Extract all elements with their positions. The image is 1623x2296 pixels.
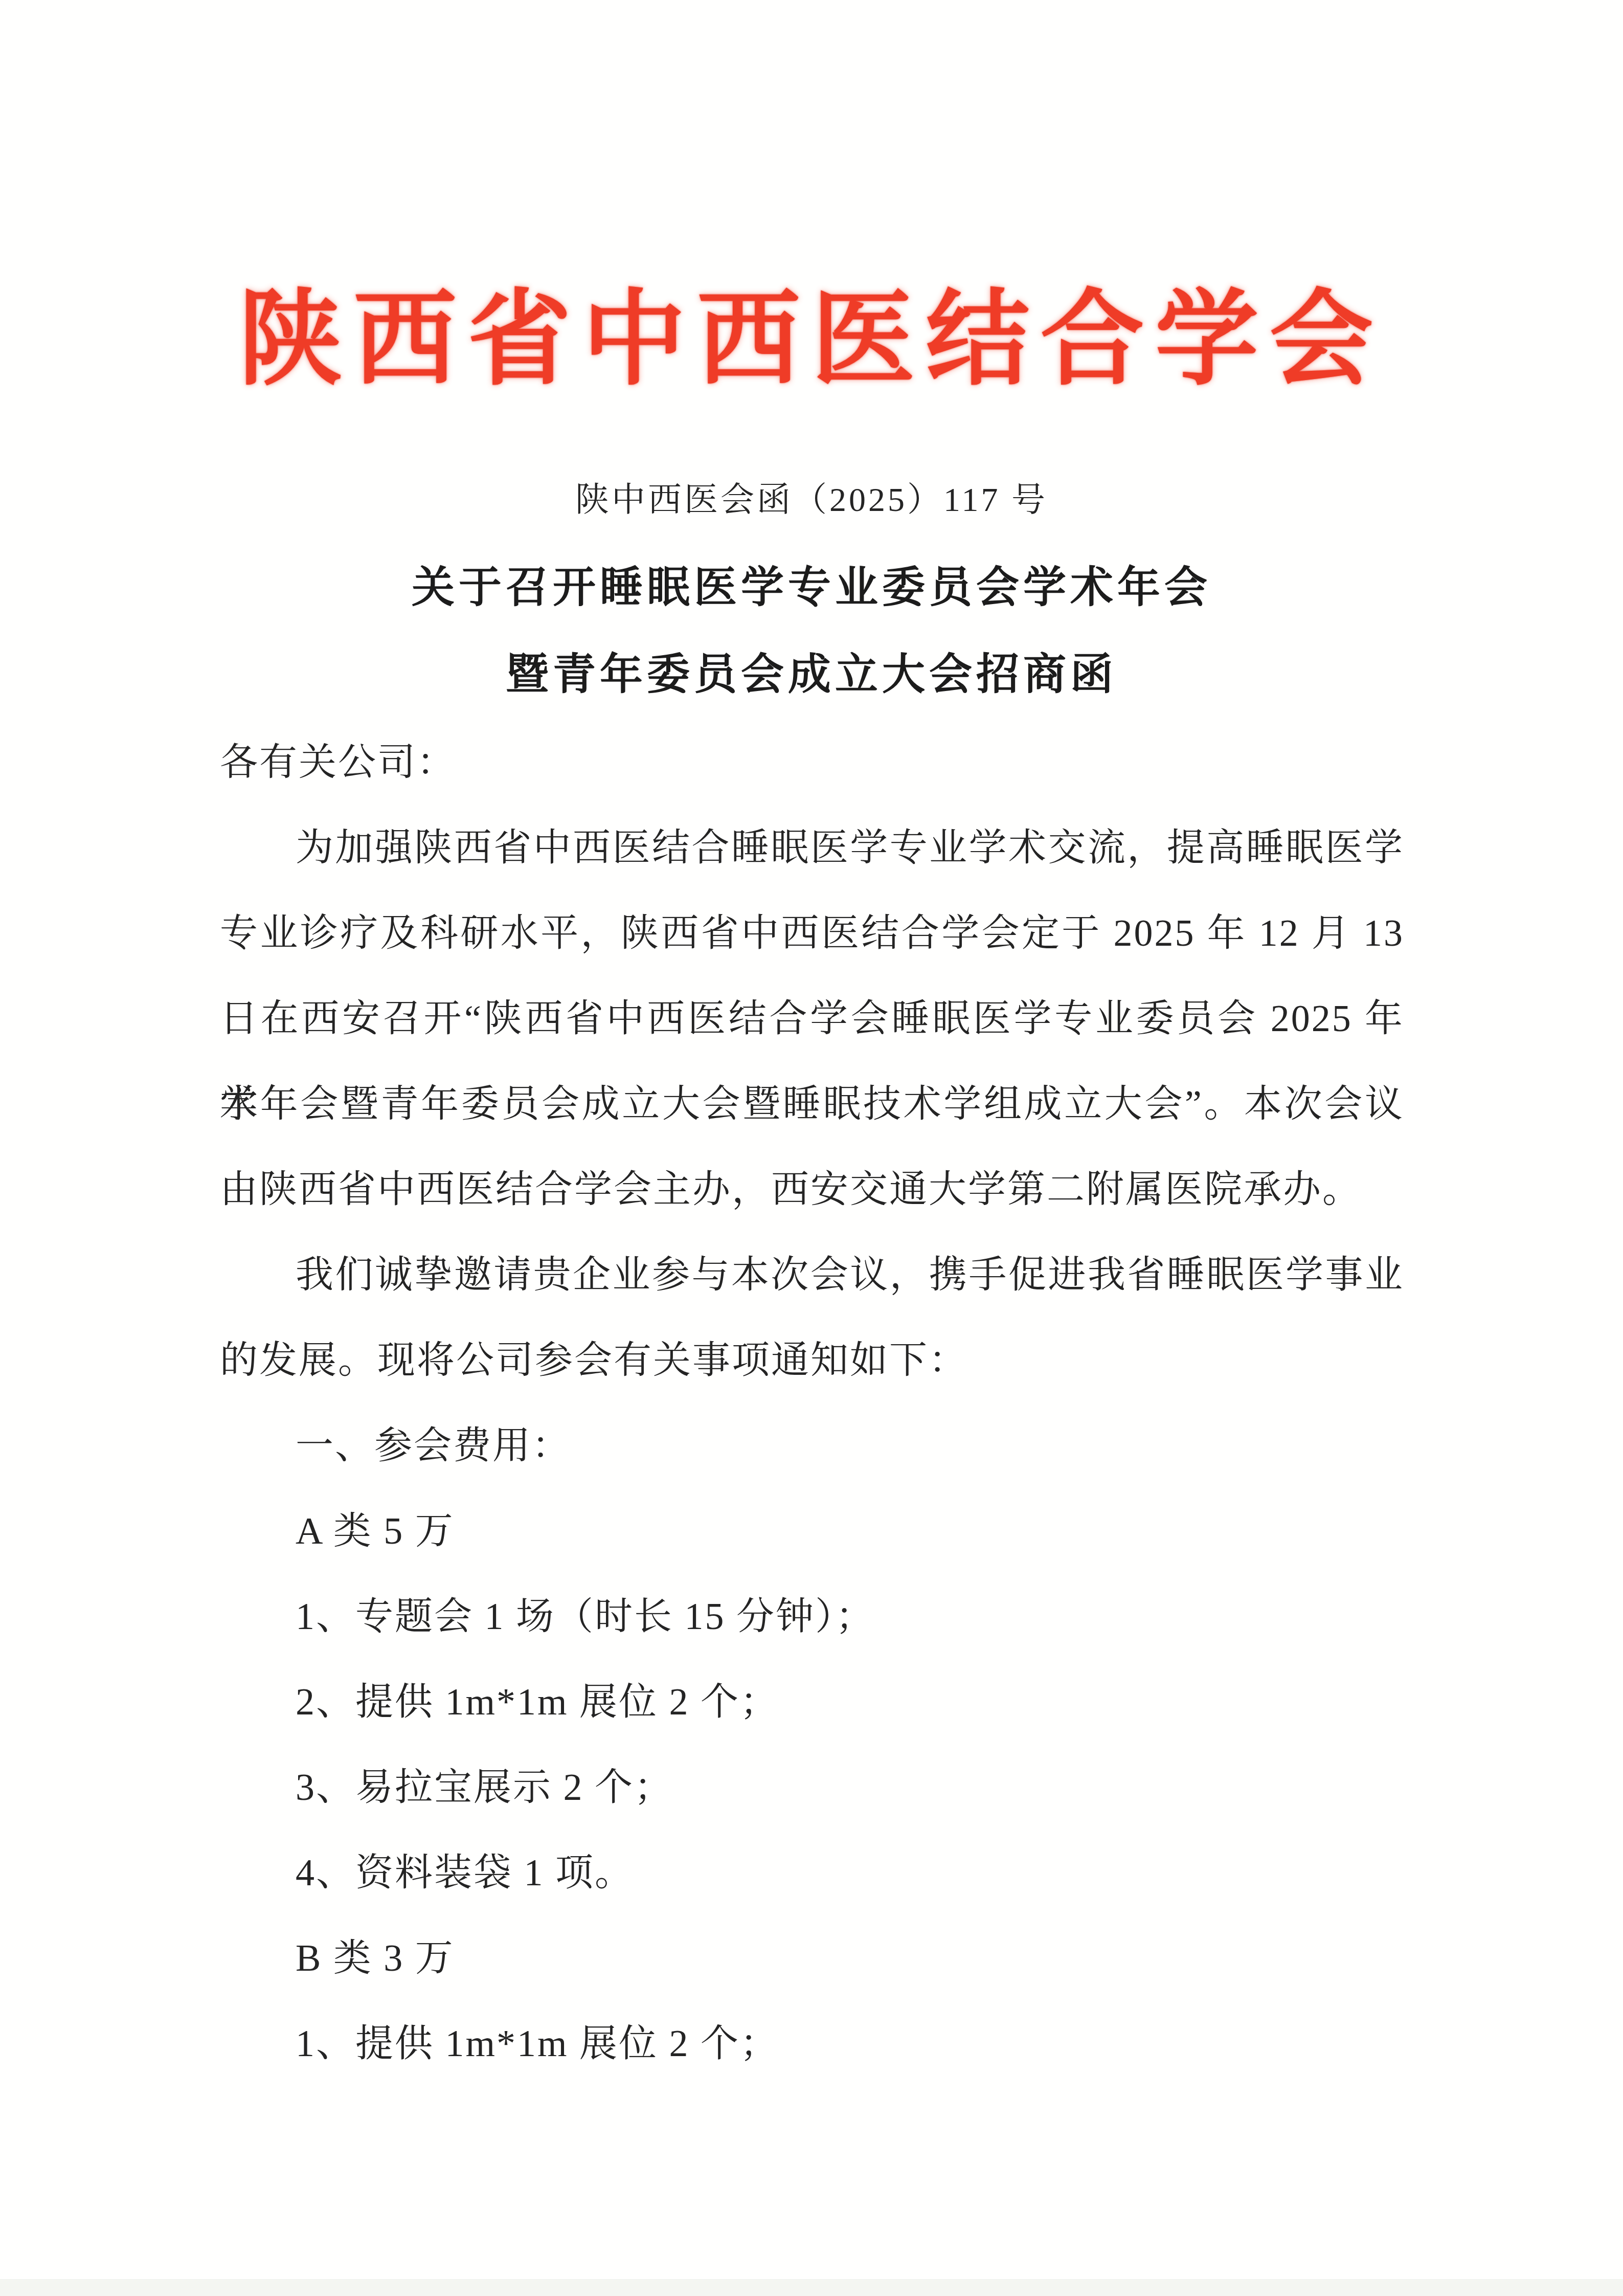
section-heading-fees: 一、参会费用：: [220, 1403, 1404, 1489]
letter-body: 各有关公司： 为加强陕西省中西医结合睡眠医学专业学术交流，提高睡眠医学 专业诊疗…: [220, 720, 1404, 2087]
fee-class-b-heading: B 类 3 万: [220, 1916, 1404, 2001]
paragraph1-line2: 专业诊疗及科研水平，陕西省中西医结合学会定于 2025 年 12 月 13: [220, 891, 1404, 976]
paragraph1-line5: 由陕西省中西医结合学会主办，西安交通大学第二附属医院承办。: [220, 1147, 1404, 1233]
paragraph1-line3: 日在西安召开“陕西省中西医结合学会睡眠医学专业委员会 2025 年学: [220, 976, 1404, 1062]
scanned-letter-page: 陕西省中西医结合学会 陕中西医会函（2025）117 号 关于召开睡眠医学专业委…: [0, 0, 1623, 2296]
fee-class-a-heading: A 类 5 万: [220, 1489, 1404, 1574]
fee-class-a-item1: 1、专题会 1 场（时长 15 分钟）；: [220, 1574, 1404, 1660]
fee-class-a-item4: 4、资料装袋 1 项。: [220, 1831, 1404, 1916]
paragraph1-line1: 为加强陕西省中西医结合睡眠医学专业学术交流，提高睡眠医学: [220, 806, 1404, 891]
letterhead-org-title: 陕西省中西医结合学会: [0, 276, 1623, 404]
subject-title-line2: 暨青年委员会成立大会招商函: [0, 647, 1623, 703]
fee-class-b-item1: 1、提供 1m*1m 展位 2 个；: [220, 2001, 1404, 2087]
scan-edge-strip: [0, 2279, 1623, 2296]
document-number: 陕中西医会函（2025）117 号: [0, 475, 1623, 526]
salutation-line: 各有关公司：: [220, 720, 1404, 806]
paragraph2-line2: 的发展。现将公司参会有关事项通知如下：: [220, 1318, 1404, 1403]
paragraph1-line4: 术年会暨青年委员会成立大会暨睡眠技术学组成立大会”。本次会议: [220, 1062, 1404, 1147]
paragraph2-line1: 我们诚挚邀请贵企业参与本次会议，携手促进我省睡眠医学事业: [220, 1233, 1404, 1318]
fee-class-a-item2: 2、提供 1m*1m 展位 2 个；: [220, 1660, 1404, 1745]
subject-title-line1: 关于召开睡眠医学专业委员会学术年会: [0, 560, 1623, 616]
fee-class-a-item3: 3、易拉宝展示 2 个；: [220, 1745, 1404, 1831]
